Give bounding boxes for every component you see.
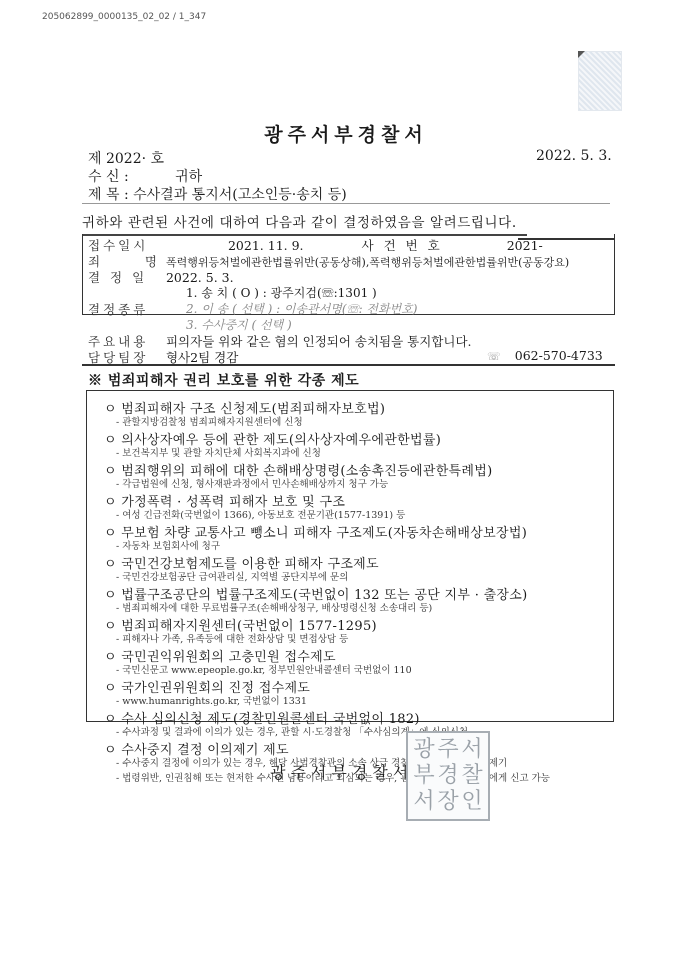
seal-character: 주 [436, 737, 460, 763]
case-no-value: 2021- [507, 238, 543, 253]
system-item-detail: - 여성 긴급전화(국번없이 1366), 아동보호 전문기관(1577-139… [104, 507, 405, 521]
case-no-label: 사 건 번 호 [362, 238, 443, 253]
summary-value: 피의자들 위와 같은 혐의 인정되어 송치됨을 통지합니다. [166, 334, 472, 349]
seal-character: 부 [412, 763, 436, 789]
subject-label: 제 목 : [88, 187, 129, 203]
subject-value: 수사결과 통지서(고소인등·송치 등) [133, 187, 347, 203]
decision-type-label-row: 결정종류 [88, 300, 162, 318]
official-seal: 광주서부경찰서장인 [406, 731, 490, 821]
decision-type-3: 3. 수사중지 ( 선택 ) [186, 316, 292, 333]
decision-type-label: 결정종류 [88, 300, 162, 318]
phone-icon: ☏ [487, 350, 501, 363]
phone-row: ☏ 062-570-4733 [487, 348, 603, 363]
file-id: 205062899_0000135_02_02 / 1_347 [42, 12, 206, 22]
seal-character: 광 [412, 737, 436, 763]
system-item-detail: - 범죄피해자에 대한 무료법률구조(손해배상청구, 배상명령신청 소송대리 등… [104, 600, 432, 614]
intro-text: 귀하와 관련된 사건에 대하여 다음과 같이 결정하였음을 알려드립니다. [82, 211, 517, 231]
phone-value: 062-570-4733 [515, 348, 603, 363]
seal-character: 서 [412, 789, 436, 815]
header-divider [82, 203, 610, 204]
system-item-detail: - 국민신문고 www.epeople.go.kr, 정부민원안내콜센터 국번없… [104, 662, 412, 676]
system-item-detail: - 피해자나 가족, 유족등에 대한 전화상담 및 면접상담 등 [104, 631, 348, 645]
recipient-label: 수 신 : [88, 169, 129, 185]
doc-date: 2022. 5. 3. [536, 148, 612, 164]
qr-corner-mark [578, 51, 585, 58]
info-box-bottom-border [82, 364, 615, 366]
seal-character: 찰 [460, 763, 484, 789]
recipient-value: 귀하 [175, 169, 202, 185]
decision-date-value: 2022. 5. 3. [166, 270, 234, 285]
doc-number: 제 2022· 호 [88, 148, 164, 168]
officer-value: 형사2팀 경감 [166, 350, 238, 365]
org-title: 광주서부경찰서 [0, 120, 692, 147]
seal-character: 서 [460, 737, 484, 763]
system-item-detail: - 각급법원에 신청, 형사재판과정에서 민사손해배상까지 청구 가능 [104, 476, 388, 490]
system-item-detail: - 보건복지부 및 관할 자치단체 사회복지과에 신청 [104, 445, 321, 459]
received-value: 2021. 11. 9. [228, 238, 304, 253]
decision-type-1: 1. 송 치 ( O ) : 광주지검(☏:1301 ) [186, 284, 377, 301]
seal-character: 경 [436, 763, 460, 789]
section-title: ※ 범죄피해자 권리 보호를 위한 각종 제도 [88, 370, 359, 390]
subject-row: 제 목 : 수사결과 통지서(고소인등·송치 등) [88, 184, 347, 204]
system-item-detail: - www.humanrights.go.kr, 국번없이 1331 [104, 693, 307, 707]
decision-date-label: 결 정 일 [88, 268, 162, 286]
qr-code-image [578, 51, 622, 111]
decision-type-2: 2. 이 송 ( 선택 ) : 이송관서명(☏: 전화번호) [186, 300, 417, 317]
seal-character: 인 [460, 789, 484, 815]
system-item-detail: - 자동차 보험회사에 청구 [104, 538, 220, 552]
system-item-detail: - 국민건강보험공단 급여관리실, 지역별 공단지부에 문의 [104, 569, 348, 583]
recipient-row: 수 신 : 귀하 [88, 166, 202, 186]
system-item-detail: - 관할지방검찰청 범죄피해자지원센터에 신청 [104, 414, 303, 428]
seal-character: 장 [436, 789, 460, 815]
